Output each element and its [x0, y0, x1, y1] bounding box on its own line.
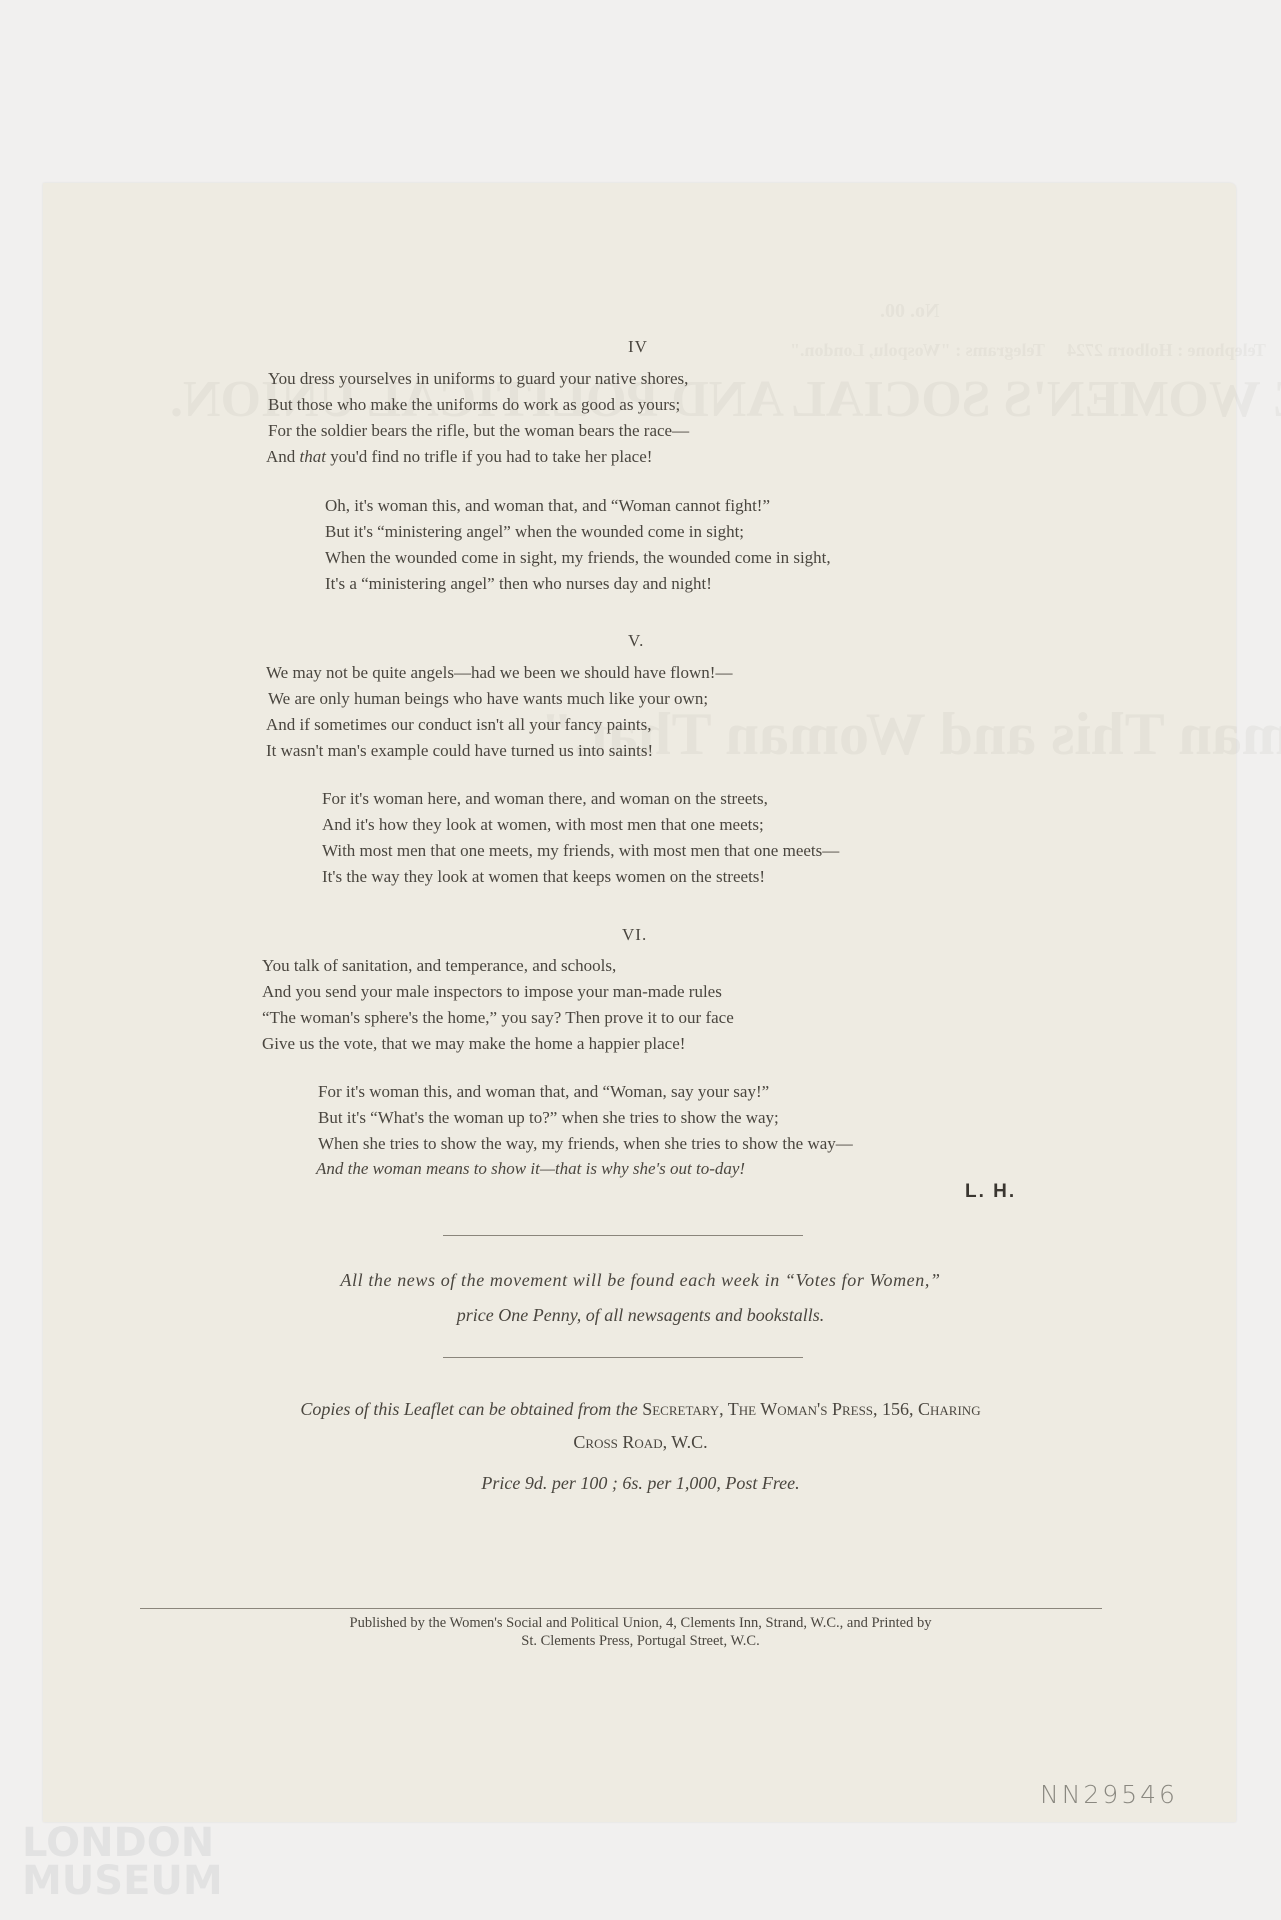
- copies-notice-line2: Cross Road, W.C.: [0, 1432, 1281, 1453]
- verse-line: “The woman's sphere's the home,” you say…: [262, 1009, 734, 1026]
- publisher-line1: Published by the Women's Social and Poli…: [0, 1613, 1281, 1633]
- chorus-line: It's the way they look at women that kee…: [322, 868, 765, 885]
- stanza-numeral: IV: [628, 337, 648, 357]
- verse-line: We may not be quite angels—had we been w…: [266, 664, 732, 681]
- verse-line: It wasn't man's example could have turne…: [266, 742, 653, 759]
- chorus-line: When she tries to show the way, my frien…: [318, 1135, 853, 1152]
- verse-line: And that you'd find no trifle if you had…: [266, 448, 652, 465]
- verse-text: And: [266, 447, 300, 466]
- emphasis-text: that: [300, 447, 326, 466]
- verse-text: you'd find no trifle if you had to take …: [326, 447, 652, 466]
- verse-line: But those who make the uniforms do work …: [268, 396, 680, 413]
- news-notice-line1: All the news of the movement will be fou…: [0, 1270, 1281, 1291]
- chorus-line: And it's how they look at women, with mo…: [322, 816, 764, 833]
- chorus-line: But it's “ministering angel” when the wo…: [325, 523, 744, 540]
- copies-notice-italic: Copies of this Leaflet can be obtained f…: [300, 1399, 642, 1419]
- watermark-line1: LONDON: [22, 1824, 223, 1862]
- chorus-line: When the wounded come in sight, my frien…: [325, 549, 831, 566]
- chorus-line: Oh, it's woman this, and woman that, and…: [325, 497, 770, 514]
- divider-rule: [443, 1235, 803, 1236]
- copies-notice-line1: Copies of this Leaflet can be obtained f…: [0, 1399, 1281, 1420]
- copies-notice-address: Secretary, The Woman's Press, 156, Chari…: [642, 1399, 980, 1419]
- chorus-line: For it's woman here, and woman there, an…: [322, 790, 768, 807]
- chorus-line-italic: And the woman means to show it—that is w…: [316, 1160, 745, 1177]
- news-notice-line2: price One Penny, of all newsagents and b…: [0, 1305, 1281, 1326]
- verse-line: For the soldier bears the rifle, but the…: [268, 422, 689, 439]
- author-signature: L. H.: [965, 1181, 1016, 1203]
- chorus-line: With most men that one meets, my friends…: [322, 842, 839, 859]
- museum-watermark-logo: LONDON MUSEUM: [22, 1824, 223, 1900]
- chorus-line: But it's “What's the woman up to?” when …: [318, 1109, 779, 1126]
- verse-line: We are only human beings who have wants …: [268, 690, 708, 707]
- verse-line: Give us the vote, that we may make the h…: [262, 1035, 685, 1052]
- chorus-line: It's a “ministering angel” then who nurs…: [325, 575, 712, 592]
- verse-line: And you send your male inspectors to imp…: [262, 983, 722, 1000]
- chorus-line: For it's woman this, and woman that, and…: [318, 1083, 769, 1100]
- verse-line: You talk of sanitation, and temperance, …: [262, 957, 616, 974]
- price-line: Price 9d. per 100 ; 6s. per 1,000, Post …: [0, 1473, 1281, 1494]
- divider-rule: [443, 1357, 803, 1358]
- verse-line: And if sometimes our conduct isn't all y…: [266, 716, 652, 733]
- publisher-line2: St. Clements Press, Portugal Street, W.C…: [0, 1631, 1281, 1651]
- stanza-numeral: VI.: [622, 925, 647, 945]
- footer-rule: [140, 1608, 1102, 1609]
- watermark-line2: MUSEUM: [22, 1862, 223, 1900]
- catalog-number: NN29546: [1040, 1780, 1178, 1809]
- verse-line: You dress yourselves in uniforms to guar…: [268, 370, 688, 387]
- stanza-numeral: V.: [628, 631, 644, 651]
